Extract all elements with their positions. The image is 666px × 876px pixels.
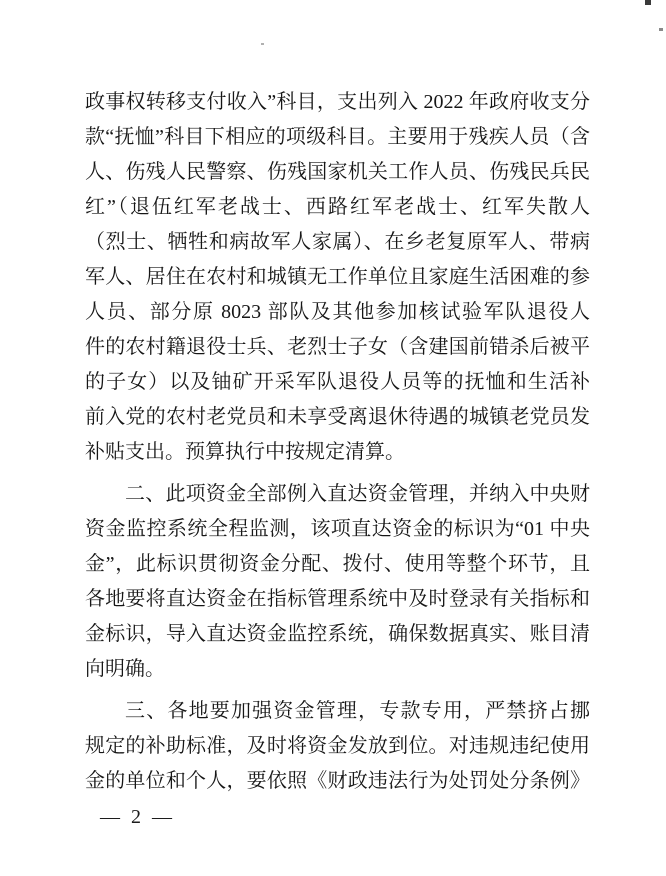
text-line: 金”，此标识贯彻资金分配、拨付、使用等整个环节，且保持不变。 xyxy=(85,547,590,582)
text-line: 红”（退伍红军老战士、西路红军老战士、红军失散人员）、“三属” xyxy=(85,190,590,225)
text-line: （烈士、牺牲和病故军人家属）、在乡老复原军人、带病回乡退伍 xyxy=(85,225,590,260)
text-line: 各地要将直达资金在指标管理系统中及时登录有关指标和直达资 xyxy=(85,582,590,617)
text-line: 的子女）以及铀矿开采军队退役人员等的抚恤和生活补助、建国 xyxy=(85,365,590,400)
text-line: 前入党的农村老党员和未享受离退休待遇的城镇老党员发放生活 xyxy=(85,400,590,435)
text-line: 三、各地要加强资金管理，专款专用，严禁挤占挪用，并按 xyxy=(85,694,590,729)
scan-artifact xyxy=(645,0,651,5)
scan-artifact xyxy=(659,28,663,31)
document-body: 政事权转移支付收入”科目，支出列入 2022 年政府收支分类 20808 款“抚… xyxy=(85,85,590,799)
text-line: 人员、部分原 8023 部队及其他参加核试验军队退役人员、符合条 xyxy=(85,295,590,330)
document-page: 政事权转移支付收入”科目，支出列入 2022 年政府收支分类 20808 款“抚… xyxy=(0,0,666,876)
text-line: 政事权转移支付收入”科目，支出列入 2022 年政府收支分类 20808 xyxy=(85,85,590,120)
text-line: 向明确。 xyxy=(85,652,590,687)
page-number: — 2 — xyxy=(100,806,175,829)
text-line: 金标识，导入直达资金监控系统，确保数据真实、账目清晰、流 xyxy=(85,617,590,652)
text-line: 款“抚恤”科目下相应的项级科目。主要用于残疾人员（含伤残军 xyxy=(85,120,590,155)
text-line: 规定的补助标准，及时将资金发放到位。对违规违纪使用补助资 xyxy=(85,729,590,764)
text-line: 金的单位和个人，要依照《财政违法行为处罚处分条例》（国务院 xyxy=(85,764,590,799)
text-line: 资金监控系统全程监测，该项直达资金的标识为“01 中央直达资 xyxy=(85,512,590,547)
text-line: 二、此项资金全部例入直达资金管理，并纳入中央财政直达 xyxy=(85,477,590,512)
text-line: 补贴支出。预算执行中按规定清算。 xyxy=(85,435,590,470)
text-line: 军人、居住在农村和城镇无工作单位且家庭生活困难的参战退役 xyxy=(85,260,590,295)
text-line: 人、伤残人民警察、伤残国家机关工作人员、伤残民兵民工）、“三 xyxy=(85,155,590,190)
text-line: 件的农村籍退役士兵、老烈士子女（含建国前错杀后被平反人员 xyxy=(85,330,590,365)
scan-artifact xyxy=(261,43,264,45)
